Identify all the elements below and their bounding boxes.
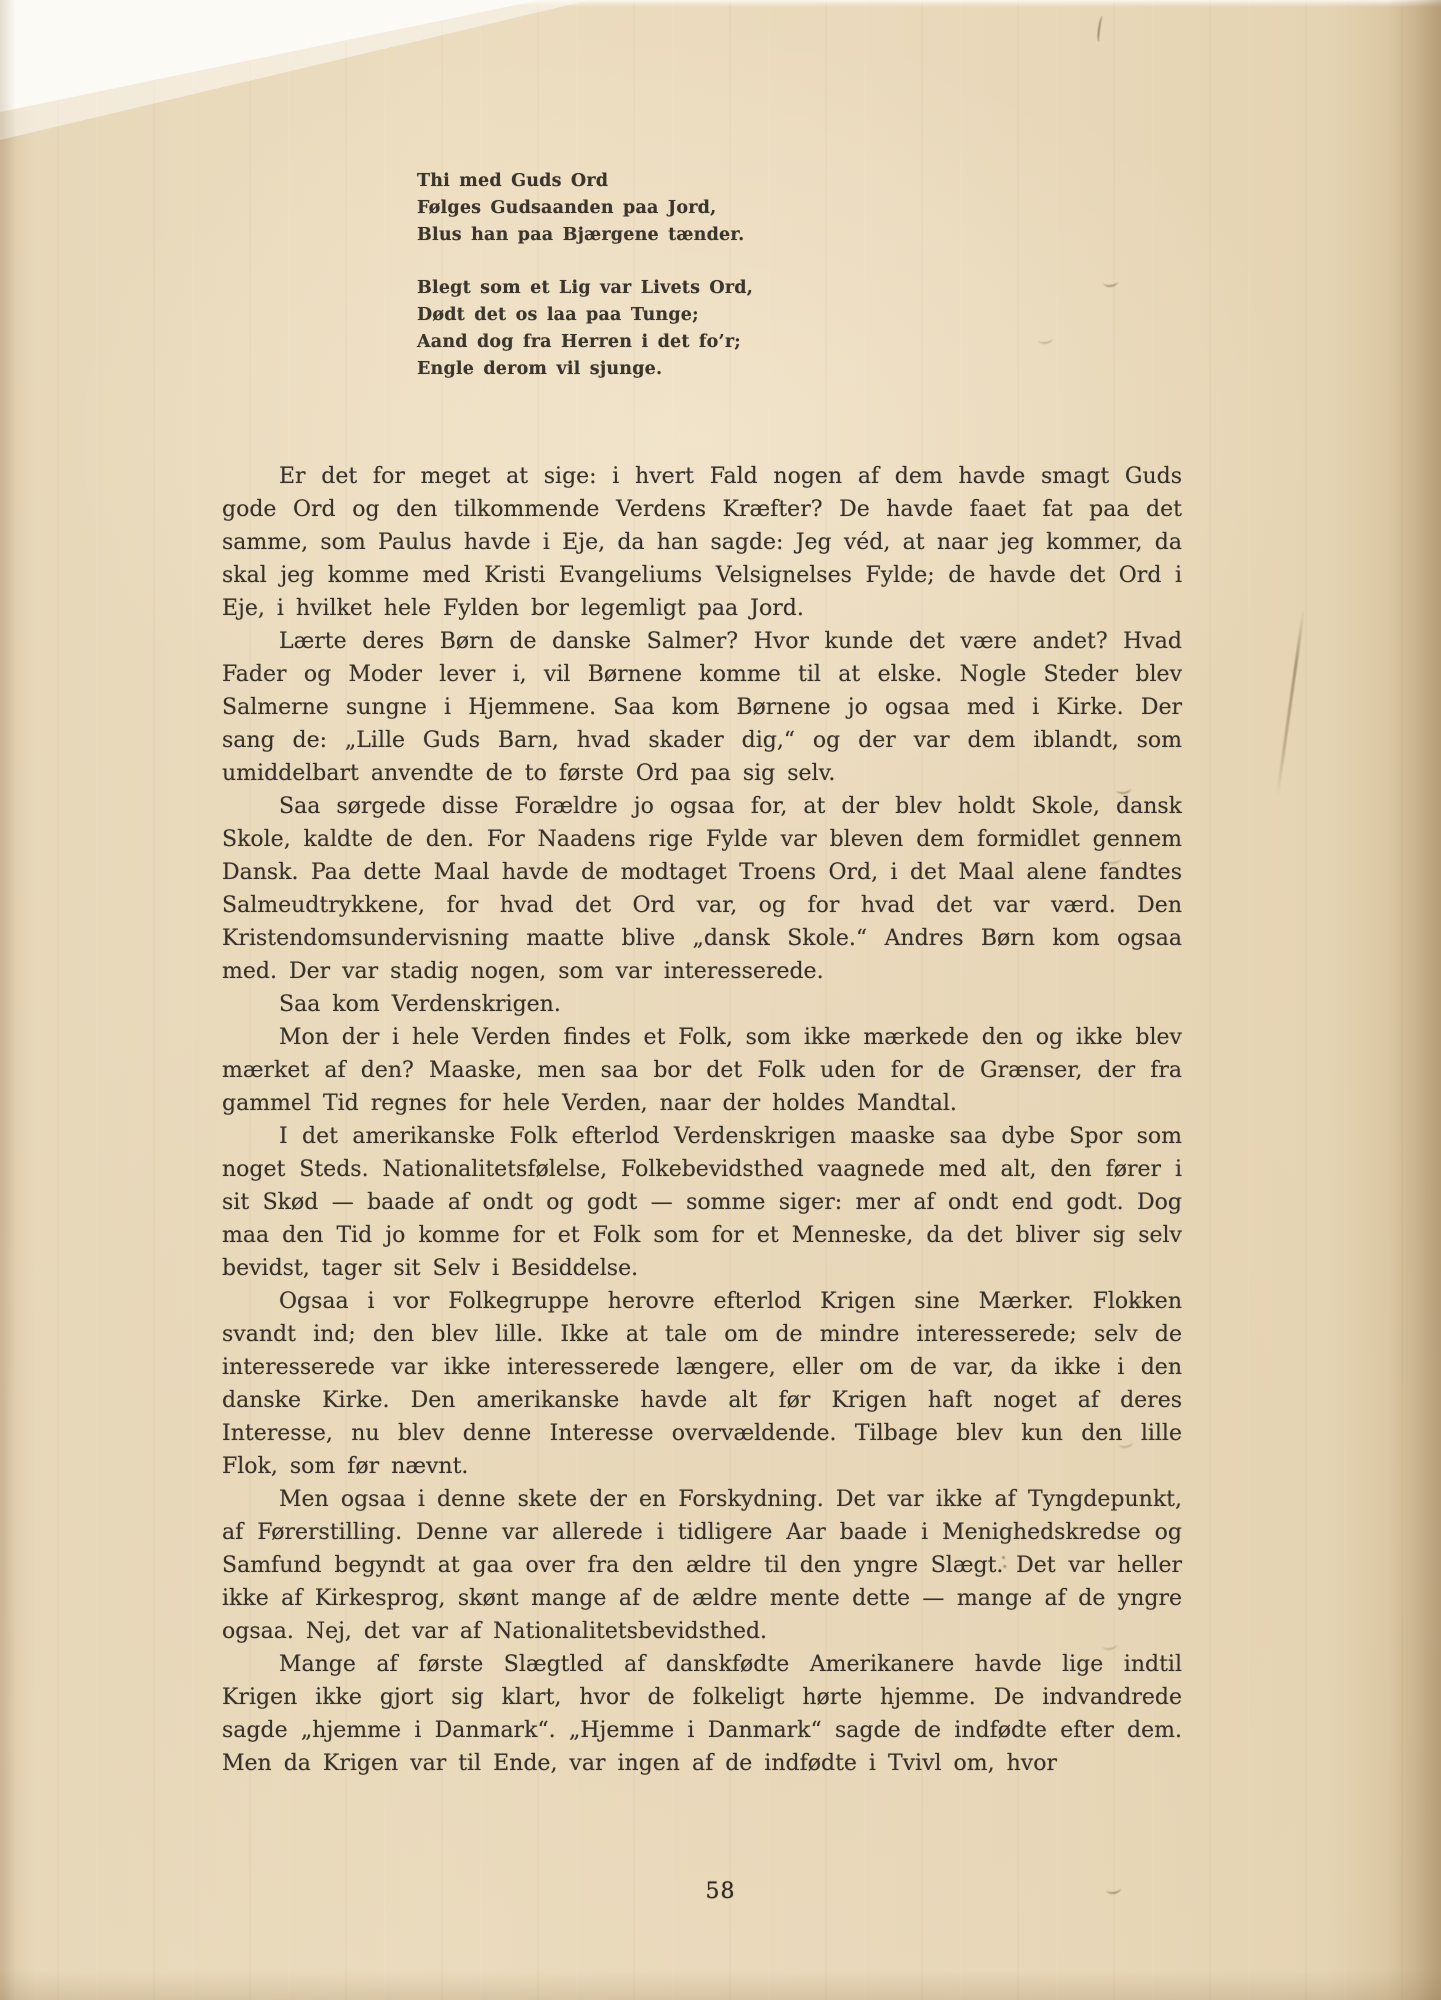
page-number: 58	[0, 1879, 1441, 1904]
paragraph: Saa sørgede disse Forældre jo ogsaa for,…	[222, 790, 1182, 988]
paragraph: Er det for meget at sige: i hvert Fald n…	[222, 460, 1182, 625]
right-edge-shadow	[1387, 0, 1441, 2000]
ink-mark	[1097, 16, 1106, 42]
paragraph: Men ogsaa i denne skete der en Forskydni…	[222, 1483, 1182, 1648]
scanned-book-page: Thi med Guds Ord Følges Gudsaanden paa J…	[0, 0, 1441, 2000]
ink-mark	[1102, 276, 1118, 288]
paragraph: Mange af første Slægtled af danskfødte A…	[222, 1648, 1182, 1780]
verse-stanza-1: Thi med Guds Ord Følges Gudsaanden paa J…	[417, 168, 753, 249]
paragraph: Lærte deres Børn de danske Salmer? Hvor …	[222, 625, 1182, 790]
hymn-verse: Thi med Guds Ord Følges Gudsaanden paa J…	[417, 168, 753, 409]
top-edge-highlight	[0, 0, 1441, 7]
paragraph: Ogsaa i vor Folkegruppe herovre efterlod…	[222, 1285, 1182, 1483]
verse-line: Blegt som et Lig var Livets Ord,	[417, 275, 753, 302]
bottom-edge-shadow	[0, 1970, 1441, 2000]
verse-line: Blus han paa Bjærgene tænder.	[417, 222, 753, 249]
verse-stanza-2: Blegt som et Lig var Livets Ord, Dødt de…	[417, 275, 753, 383]
body-text: Er det for meget at sige: i hvert Fald n…	[222, 460, 1182, 1780]
verse-line: Følges Gudsaanden paa Jord,	[417, 195, 753, 222]
verse-line: Aand dog fra Herren i det fo’r;	[417, 329, 753, 356]
ink-mark	[1037, 333, 1053, 345]
verse-line: Engle derom vil sjunge.	[417, 356, 753, 383]
paragraph: Saa kom Verdenskrigen.	[222, 988, 1182, 1021]
verse-line: Thi med Guds Ord	[417, 168, 753, 195]
paragraph: Mon der i hele Verden findes et Folk, so…	[222, 1021, 1182, 1120]
left-edge-shadow	[0, 0, 16, 2000]
paragraph: I det amerikanske Folk efterlod Verdensk…	[222, 1120, 1182, 1285]
paper-crease	[1276, 609, 1305, 798]
verse-line: Dødt det os laa paa Tunge;	[417, 302, 753, 329]
